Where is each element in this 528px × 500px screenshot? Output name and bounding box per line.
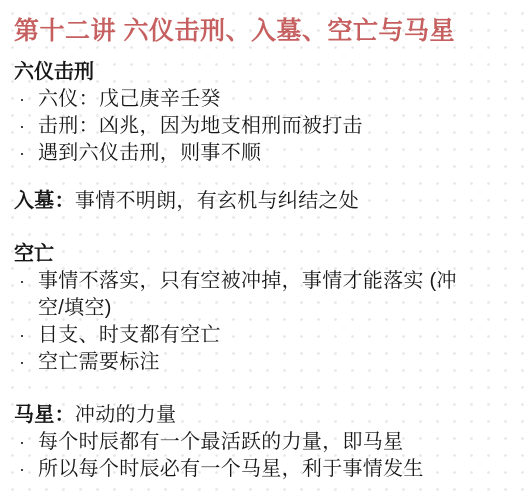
kongwang-bullet-list: · 事情不落实，只有空被冲掉，事情才能落实 (冲 空/填空) · 日支、时支都有… bbox=[14, 268, 518, 376]
list-item: · 日支、时支都有空亡 bbox=[14, 322, 518, 349]
bullet-dot: · bbox=[14, 349, 38, 376]
list-item: · 每个时辰都有一个最活跃的力量，即马星 bbox=[14, 429, 518, 456]
section-heading-kongwang: 空亡 bbox=[14, 240, 518, 268]
list-item: · 击刑：凶兆，因为地支相刑而被打击 bbox=[14, 113, 518, 140]
section-heading-liuyi-jixing: 六仪击刑 bbox=[14, 58, 518, 86]
list-item: · 遇到六仪击刑，则事不顺 bbox=[14, 140, 518, 167]
bullet-dot: · bbox=[14, 140, 38, 167]
list-item: · 所以每个时辰必有一个马星，利于事情发生 bbox=[14, 456, 518, 483]
bullet-dot: · bbox=[14, 429, 38, 456]
list-item-text: 击刑：凶兆，因为地支相刑而被打击 bbox=[38, 113, 518, 140]
list-item-text: 六仪：戊己庚辛壬癸 bbox=[38, 86, 518, 113]
bullet-dot: · bbox=[14, 268, 38, 295]
bullet-dot: · bbox=[14, 113, 38, 140]
term-rumu: 入墓： bbox=[14, 190, 75, 212]
term-maxing-definition: 冲动的力量 bbox=[75, 404, 177, 426]
term-maxing: 马星： bbox=[14, 404, 75, 426]
term-rumu-definition: 事情不明朗，有玄机与纠结之处 bbox=[75, 190, 359, 212]
section-line-maxing: 马星：冲动的力量 bbox=[14, 401, 518, 429]
list-item-text: 空亡需要标注 bbox=[38, 349, 518, 376]
page-title: 第十二讲 六仪击刑、入墓、空亡与马星 bbox=[14, 14, 518, 48]
list-item-text: 日支、时支都有空亡 bbox=[38, 322, 518, 349]
list-item-text: 遇到六仪击刑，则事不顺 bbox=[38, 140, 518, 167]
list-item: · 空亡需要标注 bbox=[14, 349, 518, 376]
notes-page: 第十二讲 六仪击刑、入墓、空亡与马星 六仪击刑 · 六仪：戊己庚辛壬癸 · 击刑… bbox=[0, 0, 528, 500]
maxing-bullet-list: · 每个时辰都有一个最活跃的力量，即马星 · 所以每个时辰必有一个马星，利于事情… bbox=[14, 429, 518, 483]
bullet-dot: · bbox=[14, 456, 38, 483]
list-item: · 事情不落实，只有空被冲掉，事情才能落实 (冲 空/填空) bbox=[14, 268, 518, 322]
list-item-text: 事情不落实，只有空被冲掉，事情才能落实 (冲 空/填空) bbox=[38, 268, 518, 322]
bullet-dot: · bbox=[14, 322, 38, 349]
liuyi-bullet-list: · 六仪：戊己庚辛壬癸 · 击刑：凶兆，因为地支相刑而被打击 · 遇到六仪击刑，… bbox=[14, 86, 518, 167]
section-line-rumu: 入墓：事情不明朗，有玄机与纠结之处 bbox=[14, 187, 518, 215]
list-item-text: 每个时辰都有一个最活跃的力量，即马星 bbox=[38, 429, 518, 456]
list-item-text: 所以每个时辰必有一个马星，利于事情发生 bbox=[38, 456, 518, 483]
bullet-dot: · bbox=[14, 86, 38, 113]
list-item: · 六仪：戊己庚辛壬癸 bbox=[14, 86, 518, 113]
